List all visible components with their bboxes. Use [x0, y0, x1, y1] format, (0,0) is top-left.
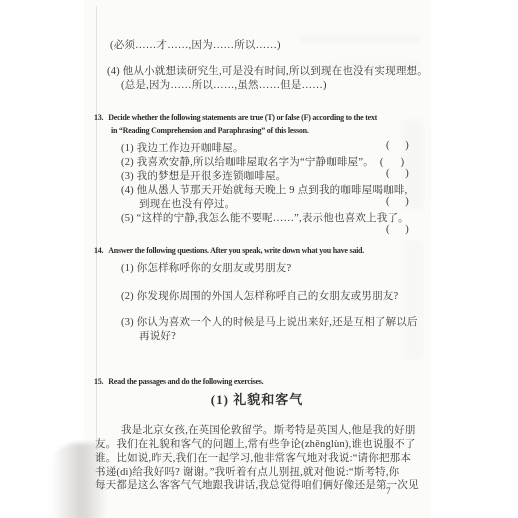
answer-blank-3: ( ) — [386, 168, 409, 179]
exercise-13-instruction-line-2: in “Reading Comprehension and Paraphrasi… — [111, 126, 309, 135]
true-false-item-1: (1) 我边工作边开咖啡屋。 — [121, 140, 244, 155]
answer-blank-5: ( ) — [386, 224, 409, 235]
exercise-13-heading: 13.Decide whether the following statemen… — [94, 113, 377, 122]
true-false-item-2: (2) 我喜欢安静,所以给咖啡屋取名字为“宁静咖啡屋”。( ) — [121, 154, 404, 169]
page-number: 7 — [386, 486, 391, 496]
question-2: (2) 你发现你周围的外国人怎样称呼自己的女朋友或男朋友? — [121, 288, 398, 303]
passage-line-2: 友。我们在礼貌和客气的问题上,常有些争论(zhēnglùn),谁也说服不了 — [95, 436, 416, 451]
true-false-item-4-line-1: (4) 他从愚人节那天开始就每天晚上 9 点到我的咖啡屋喝咖啡, — [121, 182, 407, 197]
question-3-line-2: 再说好? — [139, 328, 176, 343]
passage-line-5: 每天都是这么客客气气地跟我讲话,我总觉得咱们俩好像还是第一次见 — [95, 477, 419, 492]
exercise-13-instruction-line-1: Decide whether the following statements … — [108, 113, 377, 122]
true-false-item-2-text: (2) 我喜欢安静,所以给咖啡屋取名字为“宁静咖啡屋”。 — [121, 157, 374, 168]
exercise-14-heading: 14.Answer the following questions. After… — [94, 246, 364, 255]
bleed-through-mark — [404, 240, 424, 360]
true-false-item-4-line-2: 到现在也没有停过。 — [139, 196, 235, 211]
passage-title: (1) 礼貌和客气 — [211, 392, 303, 407]
grammar-hint-line: (必须……才……,因为……所以……) — [110, 37, 281, 52]
answer-blank-4: ( ) — [386, 196, 409, 207]
grammar-item-4: (4) 他从小就想读研究生,可是没有时间,所以到现在也没有实现理想。 — [107, 63, 428, 78]
true-false-item-5: (5) “这样的宁静,我怎么能不要呢……”,表示他也喜欢上我了。 — [121, 210, 409, 225]
question-1: (1) 你怎样称呼你的女朋友或男朋友? — [121, 260, 291, 275]
exercise-15-heading: 15.Read the passages and do the followin… — [94, 377, 263, 386]
answer-blank-2: ( ) — [380, 157, 404, 168]
question-3-line-1: (3) 你认为喜欢一个人的时候是马上说出来好,还是互相了解以后 — [121, 314, 418, 329]
grammar-hint-line: (总是,因为……所以……,虽然……但是……) — [121, 77, 327, 92]
exercise-14-instruction: Answer the following questions. After yo… — [108, 246, 364, 255]
passage-title-row: (1) 礼貌和客气 — [95, 389, 419, 409]
passage-line-1: 我是北京女孩,在英国伦敦留学。斯考特是英国人,他是我的好朋 — [121, 422, 416, 437]
answer-blank-1: ( ) — [386, 140, 409, 151]
exercise-number: 14. — [94, 246, 103, 255]
bleed-through-mark — [300, 36, 420, 42]
exercise-number: 15. — [94, 377, 103, 386]
passage-line-3: 谁。比如说,昨天,我们在一起学习,他非常客气地对我说:“请你把那本 — [95, 450, 411, 465]
exercise-15-instruction: Read the passages and do the following e… — [108, 377, 263, 386]
exercise-number: 13. — [94, 113, 103, 122]
true-false-item-3: (3) 我的梦想是开很多连锁咖啡屋。 — [121, 168, 286, 183]
